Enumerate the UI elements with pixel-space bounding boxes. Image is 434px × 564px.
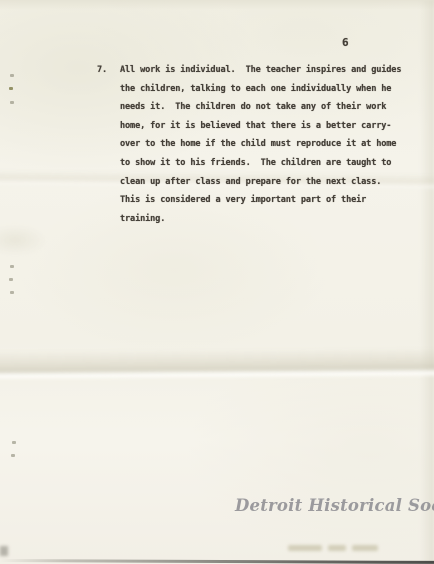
paragraph-line-text: All work is individual. The teacher insp…	[120, 64, 401, 76]
paragraph-line: This is considered a very important part…	[97, 194, 407, 213]
paragraph-line-text: This is considered a very important part…	[120, 194, 366, 206]
paragraph-line-text: clean up after class and prepare for the…	[120, 176, 381, 188]
watermark: Detroit Historical Society	[235, 496, 425, 515]
faint-stamp	[288, 542, 384, 553]
paragraph-line: clean up after class and prepare for the…	[97, 176, 407, 195]
margin-speck	[10, 101, 14, 104]
paragraph-line-text: home, for it is believed that there is a…	[120, 120, 391, 132]
paragraph-line: 7. All work is individual. The teacher i…	[97, 64, 407, 83]
faint-stamp-mark	[288, 545, 322, 551]
scanned-document-page: 6 7. All work is individual. The teacher…	[0, 0, 434, 564]
margin-speck	[11, 454, 15, 457]
faint-stamp-mark	[328, 545, 346, 551]
paragraph-line: to show it to his friends. The children …	[97, 157, 407, 176]
margin-speck	[9, 87, 13, 90]
right-edge-shading	[420, 0, 434, 564]
margin-speck	[9, 278, 13, 281]
paragraph-line-text: over to the home if the child must repro…	[120, 138, 396, 150]
scan-corner-mark	[0, 546, 8, 556]
top-edge-shading	[0, 0, 434, 10]
paragraph-line-text: training.	[120, 213, 165, 225]
paragraph-line: home, for it is believed that there is a…	[97, 120, 407, 139]
paragraph-line: needs it. The children do not take any o…	[97, 101, 407, 120]
fold-crease-left	[0, 210, 78, 270]
paragraph-line: the children, talking to each one indivi…	[97, 83, 407, 102]
paragraph-number: 7.	[97, 64, 107, 76]
paragraph-line: over to the home if the child must repro…	[97, 138, 407, 157]
paragraph-line-text: the children, talking to each one indivi…	[120, 83, 391, 95]
margin-speck	[10, 265, 14, 268]
margin-speck	[12, 441, 16, 444]
margin-speck	[10, 74, 14, 77]
paragraph-7: 7. All work is individual. The teacher i…	[97, 64, 407, 231]
margin-speck	[10, 291, 14, 294]
fold-crease-middle	[0, 347, 434, 380]
paragraph-line-text: needs it. The children do not take any o…	[120, 101, 386, 113]
paragraph-line: training.	[97, 213, 407, 232]
page-number: 6	[342, 36, 348, 49]
scan-bottom-edge	[0, 559, 434, 564]
faint-stamp-mark	[352, 545, 378, 551]
paragraph-line-text: to show it to his friends. The children …	[120, 157, 391, 169]
